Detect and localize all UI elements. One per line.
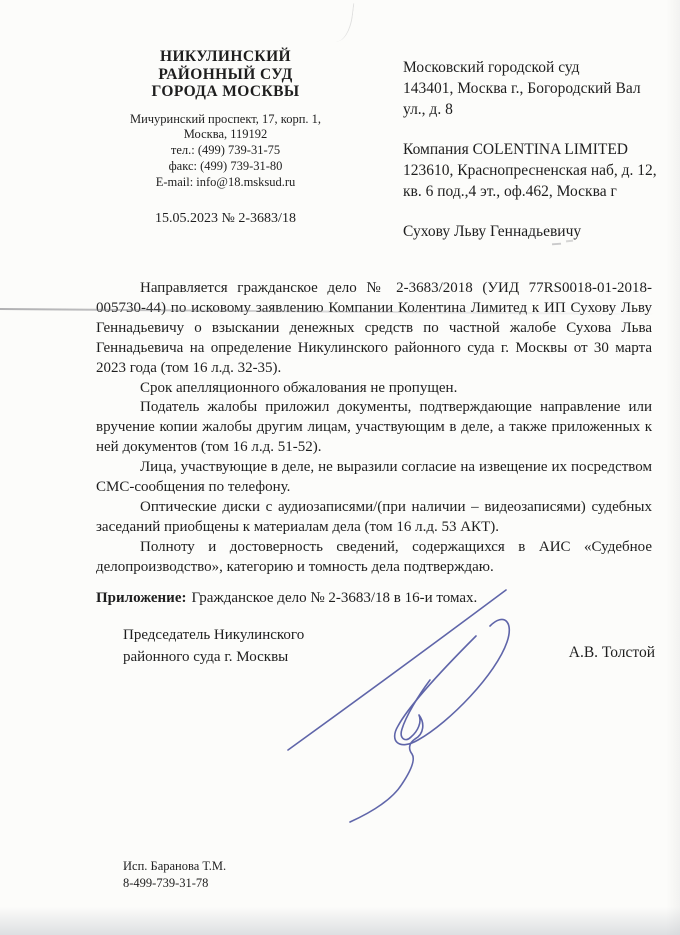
attachment-label: Приложение: bbox=[96, 590, 186, 606]
sender-fax-line: факс: (499) 739-31-80 bbox=[88, 159, 363, 175]
body-paragraph: Податель жалобы приложил документы, подт… bbox=[96, 398, 652, 458]
recipients-block: Московский городской суд 143401, Москва … bbox=[403, 57, 671, 261]
sender-email-line: E-mail: info@18.msksud.ru bbox=[88, 175, 363, 191]
scan-artifact-mark bbox=[331, 1, 355, 43]
sender-court-name-line: ГОРОДА МОСКВЫ bbox=[88, 83, 363, 101]
recipient-line: Московский городской суд bbox=[403, 57, 671, 78]
date-and-case-number: 15.05.2023 № 2-3683/18 bbox=[88, 211, 363, 227]
recipient-line: кв. 6 под.,4 эт., оф.462, Москва г bbox=[403, 181, 671, 202]
recipient-person: Сухову Льву Геннадьевичу bbox=[403, 221, 671, 242]
sender-address: Мичуринский проспект, 17, корп. 1, Москв… bbox=[88, 112, 363, 191]
recipient-line: ул., д. 8 bbox=[403, 99, 671, 120]
recipient-line: 123610, Краснопресненская наб, д. 12, bbox=[403, 160, 671, 181]
signer-name: А.В. Толстой bbox=[569, 644, 655, 662]
sender-address-line: Мичуринский проспект, 17, корп. 1, bbox=[88, 112, 363, 128]
sender-court-name-line: РАЙОННЫЙ СУД bbox=[88, 66, 363, 84]
executor-phone: 8-499-739-31-78 bbox=[123, 875, 226, 892]
recipient-court: Московский городской суд 143401, Москва … bbox=[403, 57, 671, 120]
body-paragraph: Лица, участвующие в деле, не выразили со… bbox=[96, 458, 652, 498]
scanned-letter-page: НИКУЛИНСКИЙ РАЙОННЫЙ СУД ГОРОДА МОСКВЫ М… bbox=[0, 0, 680, 935]
recipient-company: Компания COLENTINA LIMITED 123610, Красн… bbox=[403, 139, 671, 202]
sender-court-name: НИКУЛИНСКИЙ РАЙОННЫЙ СУД ГОРОДА МОСКВЫ bbox=[88, 48, 363, 101]
letter-body: Направляется гражданское дело № 2-3683/2… bbox=[96, 279, 652, 609]
body-paragraph: Направляется гражданское дело № 2-3683/2… bbox=[96, 279, 652, 379]
sender-court-name-line: НИКУЛИНСКИЙ bbox=[88, 48, 363, 66]
recipient-line: Компания COLENTINA LIMITED bbox=[403, 139, 671, 160]
sender-phone-line: тел.: (499) 739-31-75 bbox=[88, 143, 363, 159]
signature-ink bbox=[278, 582, 548, 824]
executor-name: Исп. Баранова Т.М. bbox=[123, 858, 226, 875]
recipient-line: 143401, Москва г., Богородский Вал bbox=[403, 78, 671, 99]
recipient-line: Сухову Льву Геннадьевичу bbox=[403, 221, 671, 242]
scan-edge-shading bbox=[666, 0, 680, 935]
scan-edge-shading bbox=[0, 907, 680, 935]
body-paragraph: Срок апелляционного обжалования не пропу… bbox=[96, 379, 652, 399]
sender-address-line: Москва, 119192 bbox=[88, 127, 363, 143]
body-paragraph: Оптические диски с аудиозаписями/(при на… bbox=[96, 498, 652, 538]
body-paragraph: Полноту и достоверность сведений, содерж… bbox=[96, 538, 652, 578]
executor-footer: Исп. Баранова Т.М. 8-499-739-31-78 bbox=[123, 858, 226, 891]
sender-letterhead: НИКУЛИНСКИЙ РАЙОННЫЙ СУД ГОРОДА МОСКВЫ М… bbox=[88, 48, 363, 227]
